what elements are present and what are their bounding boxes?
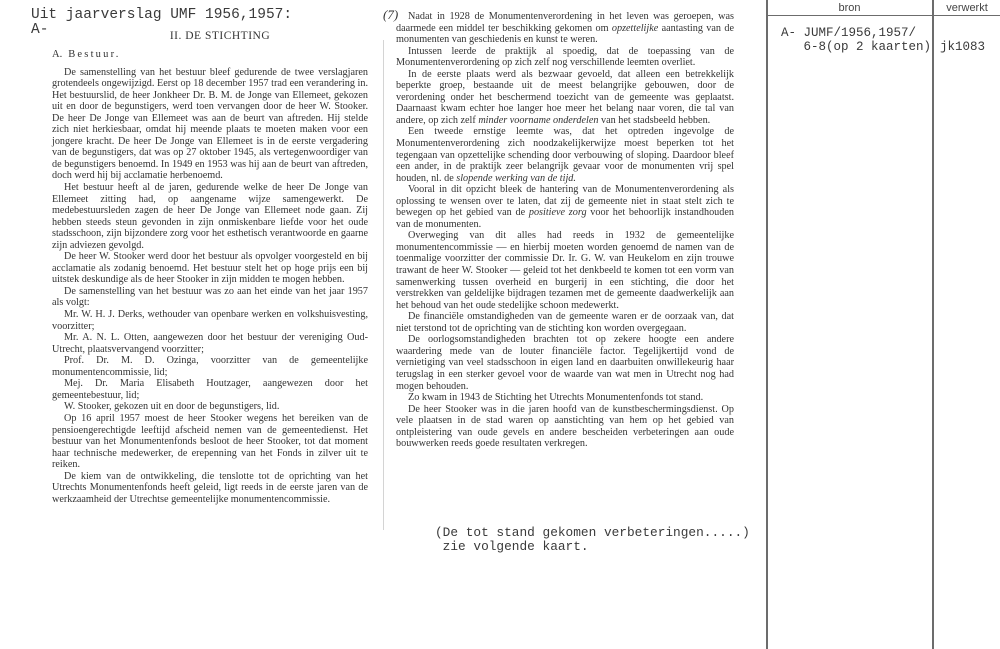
- text: van het stadsbeeld hebben.: [598, 115, 710, 126]
- bron-value: A- JUMF/1956,1957/ 6-8(op 2 kaarten): [781, 26, 931, 54]
- right-column: Nadat in 1928 de Monumentenverordening i…: [396, 11, 734, 450]
- paragraph: Een tweede ernstige leemte was, dat het …: [396, 126, 734, 184]
- typed-note-line-2: zie volgende kaart.: [435, 539, 589, 554]
- subsection-title: Bestuur.: [68, 49, 120, 60]
- paragraph: Overweging van dit alles had reeds in 19…: [396, 230, 734, 311]
- subsection-letter: A.: [52, 49, 62, 60]
- paragraph: De samenstelling van het bestuur bleef g…: [52, 67, 368, 182]
- paragraph: Zo kwam in 1943 de Stichting het Utrecht…: [396, 392, 734, 404]
- paragraph: Vooral in dit opzicht bleek de hantering…: [396, 184, 734, 230]
- paragraph: De oorlogsomstandigheden brachten tot op…: [396, 334, 734, 392]
- paragraph: In de eerste plaats werd als bezwaar gev…: [396, 69, 734, 127]
- board-member: Mej. Dr. Maria Elisabeth Houtzager, aang…: [52, 378, 368, 401]
- column-header-bron: bron: [767, 2, 932, 14]
- typed-header-line-1: Uit jaarverslag UMF 1956,1957:: [31, 7, 292, 23]
- board-member: Prof. Dr. M. D. Ozinga, voorzitter van d…: [52, 355, 368, 378]
- paragraph: Nadat in 1928 de Monumentenverordening i…: [396, 11, 734, 46]
- typed-note-line-1: (De tot stand gekomen verbeteringen.....…: [435, 525, 750, 540]
- typed-note: (De tot stand gekomen verbeteringen.....…: [435, 526, 750, 554]
- paragraph: De financiële omstandigheden van de geme…: [396, 311, 734, 334]
- board-member: Mr. W. H. J. Derks, wethouder van openba…: [52, 309, 368, 332]
- paragraph: Intussen leerde de praktijk al spoedig, …: [396, 46, 734, 69]
- left-column: A.Bestuur. De samenstelling van het best…: [52, 49, 368, 505]
- card-border-left: [766, 0, 768, 649]
- card-header-rule: [766, 15, 1000, 16]
- paragraph: De samenstelling van het bestuur was zo …: [52, 286, 368, 309]
- paragraph: De heer Stooker was in die jaren hoofd v…: [396, 404, 734, 450]
- board-member: W. Stooker, gekozen uit en door de begun…: [52, 401, 368, 413]
- emphasis: minder voorname onderdelen: [478, 115, 598, 126]
- emphasis: positieve zorg: [529, 207, 587, 218]
- column-divider: [383, 40, 384, 530]
- paragraph: De heer W. Stooker werd door het bestuur…: [52, 251, 368, 286]
- verwerkt-value: jk1083: [940, 40, 985, 54]
- column-header-verwerkt: verwerkt: [934, 2, 1000, 14]
- emphasis: slopende werking van de tijd.: [456, 173, 576, 184]
- emphasis: opzettelijke: [612, 23, 658, 34]
- card-border-middle: [932, 0, 934, 649]
- paragraph: Op 16 april 1957 moest de heer Stooker w…: [52, 413, 368, 471]
- paragraph: Het bestuur heeft al de jaren, gedurende…: [52, 182, 368, 251]
- board-member: Mr. A. N. L. Otten, aangewezen door het …: [52, 332, 368, 355]
- subsection-heading: A.Bestuur.: [52, 49, 368, 61]
- section-title: II. DE STICHTING: [30, 30, 410, 42]
- paragraph: De kiem van de ontwikkeling, die tenslot…: [52, 471, 368, 506]
